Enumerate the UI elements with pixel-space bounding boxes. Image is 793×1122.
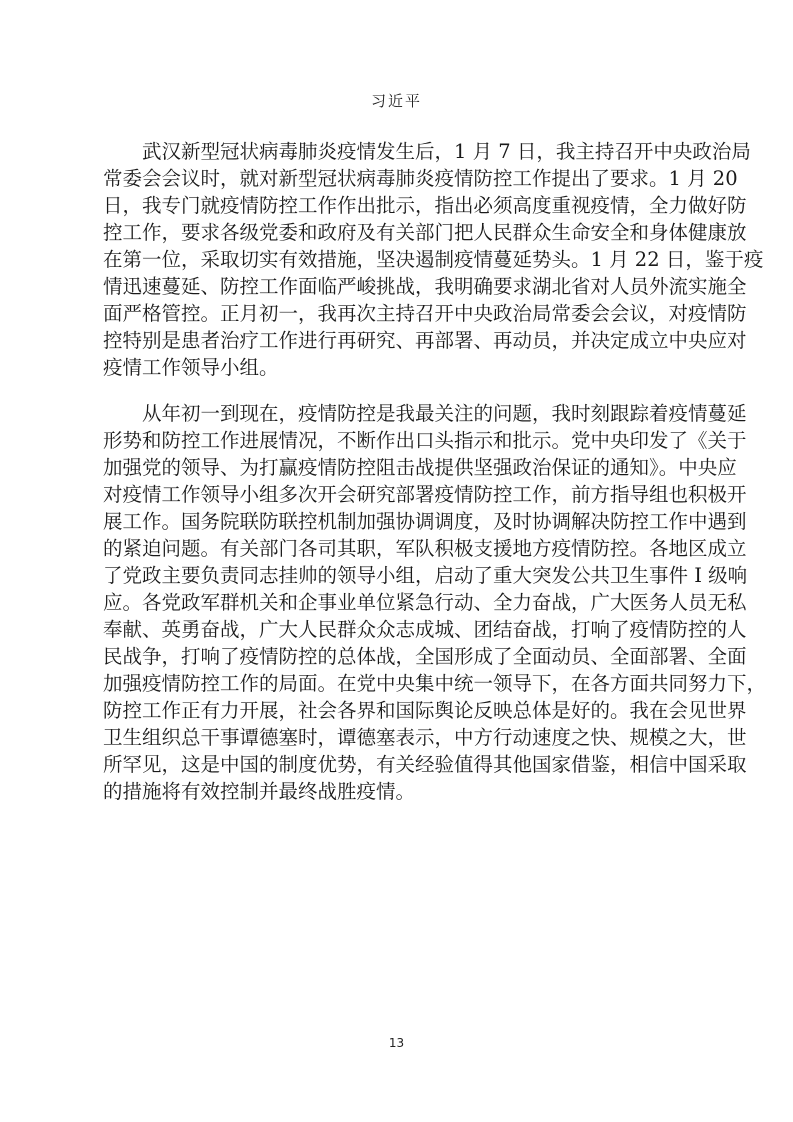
text-line: 形势和防控工作进展情况，不断作出口头指示和批示。党中央印发了《关于 [103,427,693,454]
text-line: 日，我专门就疫情防控工作作出批示，指出必须高度重视疫情，全力做好防 [103,192,693,219]
text-line: 了党政主要负责同志挂帅的领导小组，启动了重大突发公共卫生事件 I 级响 [103,562,693,589]
document-body: 武汉新型冠状病毒肺炎疫情发生后，1 月 7 日，我主持召开中央政治局 常委会会议… [103,138,693,805]
text-line: 控特别是患者治疗工作进行再研究、再部署、再动员，并决定成立中央应对 [103,327,693,354]
page-number: 13 [0,1036,793,1050]
text-line: 的措施将有效控制并最终战胜疫情。 [103,778,693,805]
text-line: 应。各党政军群机关和企事业单位紧急行动、全力奋战，广大医务人员无私 [103,589,693,616]
paragraph-2: 从年初一到现在，疫情防控是我最关注的问题，我时刻跟踪着疫情蔓延 形势和防控工作进… [103,400,693,805]
text-line: 防控工作正有力开展，社会各界和国际舆论反映总体是好的。我在会见世界 [103,697,693,724]
text-line: 面严格管控。正月初一，我再次主持召开中央政治局常委会会议，对疫情防 [103,300,693,327]
text-line: 常委会会议时，就对新型冠状病毒肺炎疫情防控工作提出了要求。1 月 20 [103,165,693,192]
text-line: 从年初一到现在，疫情防控是我最关注的问题，我时刻跟踪着疫情蔓延 [103,400,693,427]
text-line: 情迅速蔓延、防控工作面临严峻挑战，我明确要求湖北省对人员外流实施全 [103,273,693,300]
text-line: 奉献、英勇奋战，广大人民群众众志成城、团结奋战，打响了疫情防控的人 [103,616,693,643]
text-line: 加强党的领导、为打赢疫情防控阻击战提供坚强政治保证的通知》。中央应 [103,454,693,481]
text-line: 展工作。国务院联防联控机制加强协调调度，及时协调解决防控工作中遇到 [103,508,693,535]
text-line: 卫生组织总干事谭德塞时，谭德塞表示，中方行动速度之快、规模之大，世 [103,724,693,751]
text-line: 加强疫情防控工作的局面。在党中央集中统一领导下，在各方面共同努力下， [103,670,693,697]
text-line: 对疫情工作领导小组多次开会研究部署疫情防控工作，前方指导组也积极开 [103,481,693,508]
author-name: 习近平 [0,90,793,111]
text-line: 所罕见，这是中国的制度优势，有关经验值得其他国家借鉴，相信中国采取 [103,751,693,778]
paragraph-1: 武汉新型冠状病毒肺炎疫情发生后，1 月 7 日，我主持召开中央政治局 常委会会议… [103,138,693,381]
text-line: 民战争，打响了疫情防控的总体战，全国形成了全面动员、全面部署、全面 [103,643,693,670]
text-line: 的紧迫问题。有关部门各司其职，军队积极支援地方疫情防控。各地区成立 [103,535,693,562]
document-page: 习近平 武汉新型冠状病毒肺炎疫情发生后，1 月 7 日，我主持召开中央政治局 常… [0,0,793,1122]
text-line: 疫情工作领导小组。 [103,354,693,381]
text-line: 在第一位，采取切实有效措施，坚决遏制疫情蔓延势头。1 月 22 日，鉴于疫 [103,246,693,273]
text-line: 武汉新型冠状病毒肺炎疫情发生后，1 月 7 日，我主持召开中央政治局 [103,138,693,165]
text-line: 控工作，要求各级党委和政府及有关部门把人民群众生命安全和身体健康放 [103,219,693,246]
